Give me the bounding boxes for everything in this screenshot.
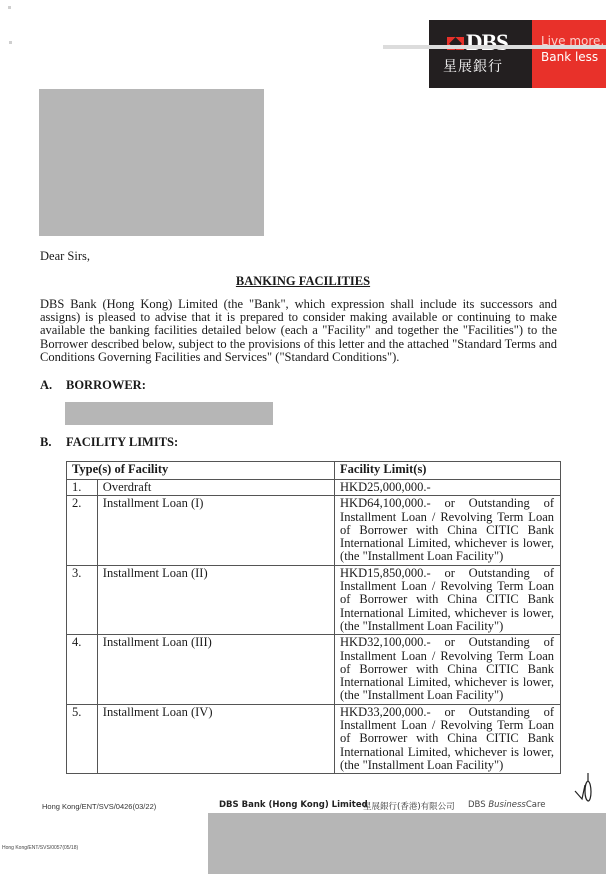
facility-limit: HKD15,850,000.- or Outstanding of Instal…: [335, 565, 561, 634]
scan-artifact-line: [383, 45, 606, 49]
tagline-line2: Bank less: [541, 50, 604, 65]
facility-type: Overdraft: [97, 480, 334, 496]
row-number: 3.: [67, 565, 98, 634]
facility-limit: HKD33,200,000.- or Outstanding of Instal…: [335, 704, 561, 773]
scan-speck: [9, 41, 12, 44]
section-heading: BORROWER:: [66, 378, 146, 392]
table-row: 1. Overdraft HKD25,000,000.-: [67, 480, 561, 496]
logo-black-panel: DBS 星展銀行: [429, 20, 532, 88]
footer-bank-name: DBS Bank (Hong Kong) Limited: [219, 800, 368, 810]
facility-type: Installment Loan (I): [97, 496, 334, 565]
secondary-form-code: Hong Kong/ENT/SVS/0057(05/18): [2, 845, 78, 851]
redacted-address-block: [39, 89, 264, 236]
scan-speck: [8, 6, 11, 9]
logo-brand-chinese: 星展銀行: [443, 58, 503, 76]
row-number: 2.: [67, 496, 98, 565]
facility-type: Installment Loan (III): [97, 635, 334, 704]
row-number: 4.: [67, 635, 98, 704]
facility-limit: HKD64,100,000.- or Outstanding of Instal…: [335, 496, 561, 565]
footer-businesscare: DBS BusinessCare: [468, 800, 546, 810]
redacted-footer-block: [208, 813, 606, 874]
header-facility-type: Type(s) of Facility: [67, 462, 335, 480]
section-letter: A.: [40, 378, 66, 393]
facility-limits-table: Type(s) of Facility Facility Limit(s) 1.…: [66, 461, 561, 774]
letter-title: BANKING FACILITIES: [0, 274, 606, 289]
intro-paragraph: DBS Bank (Hong Kong) Limited (the "Bank"…: [40, 298, 557, 364]
letter-title-text: BANKING FACILITIES: [236, 274, 370, 288]
table-row: 2. Installment Loan (I) HKD64,100,000.- …: [67, 496, 561, 565]
table-row: 5. Installment Loan (IV) HKD33,200,000.-…: [67, 704, 561, 773]
redacted-borrower-name: [65, 402, 273, 425]
facility-limit: HKD32,100,000.- or Outstanding of Instal…: [335, 635, 561, 704]
section-letter: B.: [40, 435, 66, 450]
table-row: 4. Installment Loan (III) HKD32,100,000.…: [67, 635, 561, 704]
table-row: 3. Installment Loan (II) HKD15,850,000.-…: [67, 565, 561, 634]
facility-type: Installment Loan (II): [97, 565, 334, 634]
section-heading: FACILITY LIMITS:: [66, 435, 178, 449]
logo-tagline: Live more, Bank less: [541, 34, 604, 65]
form-code: Hong Kong/ENT/SVS/0426(03/22): [42, 802, 156, 811]
footer-bank-name-chinese: 星展銀行(香港)有限公司: [363, 800, 455, 812]
facility-type: Installment Loan (IV): [97, 704, 334, 773]
section-facility-limits-heading: B.FACILITY LIMITS:: [40, 435, 178, 450]
facility-limit: HKD25,000,000.-: [335, 480, 561, 496]
table-header-row: Type(s) of Facility Facility Limit(s): [67, 462, 561, 480]
care-suffix: Care: [526, 800, 546, 810]
care-italic: Business: [488, 800, 525, 810]
handwritten-initials-icon: [573, 771, 599, 811]
salutation: Dear Sirs,: [40, 249, 90, 264]
row-number: 1.: [67, 480, 98, 496]
dbs-logo: DBS 星展銀行 Live more, Bank less: [429, 20, 606, 88]
section-borrower-heading: A.BORROWER:: [40, 378, 146, 393]
care-prefix: DBS: [468, 800, 488, 810]
header-facility-limit: Facility Limit(s): [335, 462, 561, 480]
tagline-line1: Live more,: [541, 34, 604, 45]
logo-brand: DBS: [466, 30, 508, 56]
row-number: 5.: [67, 704, 98, 773]
